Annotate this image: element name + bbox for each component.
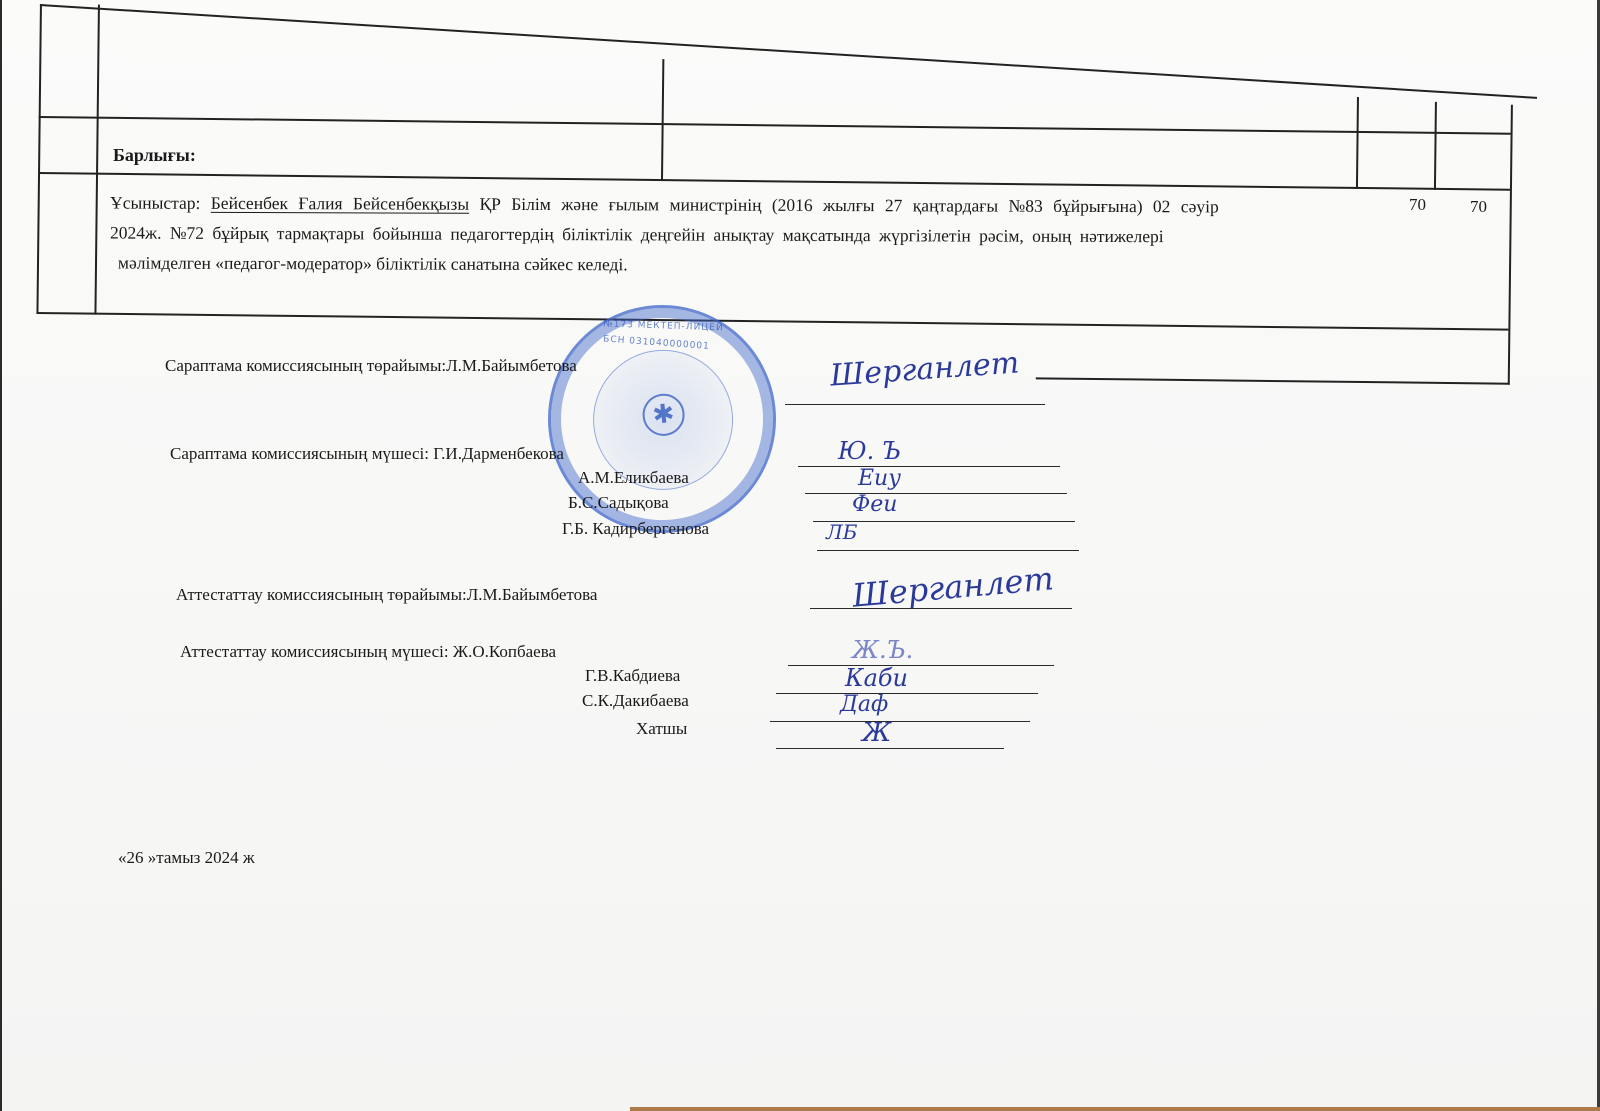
attest-member-label: Аттестаттау комиссиясының мүшесі: xyxy=(180,642,449,661)
table-bottom-border-right xyxy=(1036,377,1510,384)
desk-edge xyxy=(630,1107,1600,1111)
table-bottom-border xyxy=(36,312,1508,330)
total-label: Барлығы: xyxy=(113,146,196,164)
document-page: Барлығы: 70 70 Ұсыныстар: Бейсенбек Ғали… xyxy=(0,0,1600,1111)
signature-line xyxy=(776,693,1038,694)
expert-member-row: Сараптама комиссиясының мүшесі: Г.И.Дарм… xyxy=(170,445,564,462)
attest-chair-name: Л.М.Байымбетова xyxy=(467,585,598,604)
expert-chair-row: Сараптама комиссиясының төрайымы:Л.М.Бай… xyxy=(165,357,577,374)
page-edge-left xyxy=(0,0,2,1111)
recommendation-prefix: Ұсыныстар: xyxy=(110,193,200,213)
secretary-label: Хатшы xyxy=(636,720,687,737)
expert-member-name: Г.И.Дарменбекова xyxy=(433,444,564,463)
attest-chair-row: Аттестаттау комиссиясының төрайымы:Л.М.Б… xyxy=(176,586,597,603)
expert-member-signature: ЛБ xyxy=(826,520,857,544)
attest-member-name: Г.В.Кабдиева xyxy=(585,667,680,684)
attest-chair-signature: Шерганлет xyxy=(851,559,1055,614)
expert-member-label: Сараптама комиссиясының мүшесі: xyxy=(170,444,429,463)
signature-line xyxy=(770,721,1030,722)
expert-chair-label: Сараптама комиссиясының төрайымы: xyxy=(165,356,446,375)
attest-chair-label: Аттестаттау комиссиясының төрайымы: xyxy=(176,585,467,604)
signature-line xyxy=(817,550,1079,551)
attest-member-row: Аттестаттау комиссиясының мүшесі: Ж.О.Ко… xyxy=(180,643,556,660)
attest-member-signature: Ж.Ъ. xyxy=(852,636,913,664)
table-top-border xyxy=(40,4,1537,98)
signature-line xyxy=(788,665,1054,666)
table-row-divider xyxy=(39,116,1511,134)
table-col-divider xyxy=(94,5,99,315)
recommendation-line-1: Ұсыныстар: Бейсенбек Ғалия Бейсенбекқызы… xyxy=(110,188,1530,223)
attest-member-name: Ж.О.Копбаева xyxy=(453,642,556,661)
signature-line xyxy=(798,466,1060,467)
recommendation-line-2: 2024ж. №72 бұйрық тармақтары бойынша пед… xyxy=(110,218,1530,253)
expert-member-name: А.М.Еликбаева xyxy=(578,469,689,486)
attest-member-signature: Каби xyxy=(845,664,908,692)
table-col-divider xyxy=(1356,97,1359,189)
secretary-signature: Ж xyxy=(862,718,891,748)
expert-member-signature: Ю. Ъ xyxy=(838,437,901,465)
table-left-border xyxy=(36,4,41,314)
attest-member-signature: Даф xyxy=(840,692,888,717)
stamp-top-text: №173 МЕКТЕП-ЛИЦЕЙ xyxy=(603,319,724,333)
expert-member-signature: Феи xyxy=(852,492,897,517)
expert-member-name: Г.Б. Кадирбергенова xyxy=(562,520,709,537)
document-date: «26 »тамыз 2024 ж xyxy=(118,848,255,868)
signature-line xyxy=(776,748,1004,749)
attest-member-name: С.К.Дакибаева xyxy=(582,692,689,709)
expert-member-signature: Еиу xyxy=(858,466,901,491)
table-col-divider xyxy=(1434,102,1437,190)
recommendation-text: Ұсыныстар: Бейсенбек Ғалия Бейсенбекқызы… xyxy=(110,188,1530,283)
table-col-divider xyxy=(661,59,664,181)
candidate-name: Бейсенбек Ғалия Бейсенбекқызы xyxy=(211,193,469,214)
expert-member-name: Б.С.Садықова xyxy=(568,494,669,511)
recommendation-line-3: мәлімделген «педагог-модератор» біліктіл… xyxy=(110,248,1530,283)
recommendation-line-1-rest: ҚР Білім және ғылым министрінің (2016 жы… xyxy=(479,194,1218,217)
signature-line xyxy=(805,493,1067,494)
signature-line xyxy=(810,608,1072,609)
signature-line xyxy=(785,404,1045,405)
expert-chair-name: Л.М.Байымбетова xyxy=(446,356,577,375)
